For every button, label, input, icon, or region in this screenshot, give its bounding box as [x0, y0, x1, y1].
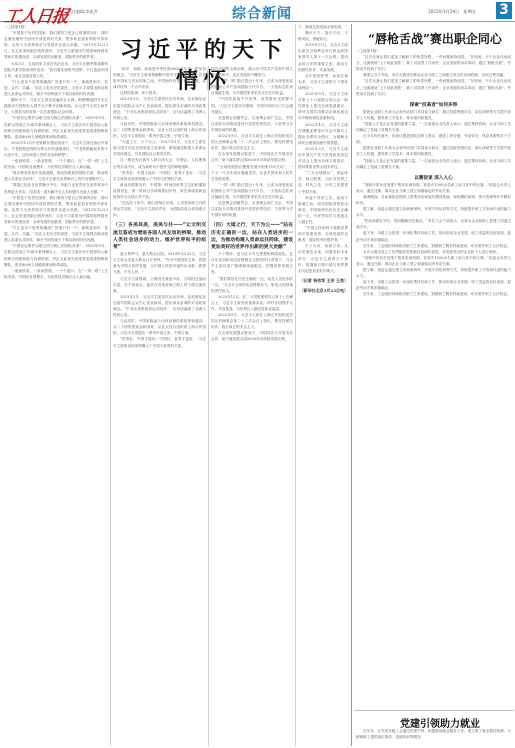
paragraph: 与此同时，中国积极参与全球治理体系改革和建设。从二十国集团到金砖国家，从亚太经合…: [113, 318, 206, 336]
issue-date: 2023年3月24日 星期五: [428, 9, 476, 15]
author-byline: （记者 杨依军 王宗 王昊）: [298, 278, 348, 284]
paragraph: “技能人才是企业发展的重要力量。”一位参赛企业负责人表示，通过集体协商，企业与职…: [356, 121, 511, 133]
paragraph: “我国已经处在世界舞台中央，有能力也有责任在世界事务中发挥更大作用，同各国一道为…: [4, 182, 108, 194]
paragraph: 据了解，组委会通过建立协商案例库、开展专项培训等方式，持续提升职工方协商代表的能…: [356, 206, 511, 218]
section-title: 综合新闻: [232, 3, 292, 23]
paragraph: 2021年9月，习近平主席在第七十六届联合国大会一般性辩论上提出全球发展倡议，呼…: [298, 91, 348, 121]
section-subheading: （三）各美其美，美美与共——“让文明交流互鉴成为增进各国人民友谊的桥梁、推动人类…: [113, 222, 206, 251]
paragraph: “全球发展倡议聚焦发展中国家共同关切”，一个又一个合作项目落地见效，让更多国家和…: [211, 164, 293, 182]
paragraph: 从进博会到服贸会，从消博会到广交会，中国以实际行动推动建设开放型世界经济，与世界…: [211, 115, 293, 133]
section-subheading: 探索“技高者”如何多得: [356, 102, 511, 109]
column-divider: [295, 24, 296, 746]
main-article-column-4: 下，落地扎根造福全球发展。” 胸怀天下，指引方向；不惧风浪，勇毅前行。 2019…: [298, 24, 348, 744]
paragraph: 风起于青萍之末，浪成于微澜之间。面对国际形势复杂演变，中国始终站在历史正确的一边…: [298, 195, 348, 225]
paragraph: “中国是个负责任国家，我们要努力把自己的事情办好，同时也要处理好中国同外部世界的…: [4, 195, 108, 225]
paragraph: “中国人民始终不渝做世界和平的建设者、全球发展的贡献者、国际秩序的维护者。”: [298, 225, 348, 243]
edition-info: 责任编辑/李连洪: [68, 9, 97, 15]
paragraph: 据悉企业职工代表大会和劳动部门共同参与研讨，通过技能等级评定、岗位津贴等方式提升…: [356, 109, 511, 121]
paragraph: 天下大同，协和万邦。从历史深处走来，向着美好未来前行，习近平主席的天下情怀，将继…: [298, 243, 348, 273]
paragraph: 新冠疫情暴发后，中国第一时间向世界卫生组织通报疫情信息，第一时间分享病毒基因序列…: [113, 182, 206, 200]
paragraph: 2021年12月中老铁路开通运营前夕，习近平主席在致信中指出，中老铁路是两国互利…: [4, 140, 108, 158]
paragraph: “回顾中的旨在加强于集体协商机制，首届中1500余名职工参与其中的比赛。”组委会…: [356, 182, 511, 194]
paragraph: 与此同时，中国积极参与全球治理体系改革和建设。从二十国集团到金砖国家，从亚太经合…: [113, 121, 206, 139]
paragraph: “一带一路”倡议提出十年来，已成为深受欢迎的国际公共产品和国际合作平台。一大批标…: [211, 78, 293, 96]
column-divider: [208, 66, 209, 746]
paragraph: “三大全球倡议”，彼此呼应、相互联系，为应对世界之变、时代之变、历史之变提供了中…: [298, 170, 348, 194]
masthead: 工人日报 责任编辑/李连洪 综合新闻 2023年3月24日 星期五 3: [0, 0, 515, 22]
paragraph: “把协商做在平时，把问题解决在基层。”多位工会干部表示，比赛为企业和职工搭建了沟…: [356, 218, 511, 230]
paragraph: 大年3月，当选国家主席后首次出访，习近平在俄罗斯莫斯科国际关系学院演讲时指出：“…: [4, 61, 108, 79]
main-article-column-1: （上接第1版） “中国是个负责任国家，我们要努力把自己的事情办好，同时也要处理好…: [4, 24, 108, 744]
section-subheading: （四）大道之行，天下为公——“站在历史正确的一边，站在人类进步的一边，为推动构建…: [211, 222, 293, 251]
paragraph: “一带一路”倡议提出十年来，已成为深受欢迎的国际公共产品和国际合作平台。一大批标…: [211, 182, 293, 200]
paragraph: 在全球发展倡议框架下，中国同各方开展务实合作，助力落实联合国2030年可持续发展…: [211, 151, 293, 163]
paragraph: 接下来，各级工会将进一步深化集体协商工作，推动形成企业发展、职工受益的良好局面，…: [356, 279, 511, 291]
paragraph: 据悉企业职工代表大会和劳动部门共同参与研讨，通过技能等级评定、岗位津贴等方式提升…: [356, 145, 511, 157]
paragraph: 据了解，组委会通过建立协商案例库、开展专项培训等方式，持续提升职工方协商代表的能…: [356, 267, 511, 279]
page-number-badge: 3: [496, 2, 512, 19]
paragraph: 近年来，工会组织持续推进职工之家建设，加强职工服务阵地建设，切实维护职工合法权益…: [356, 243, 511, 249]
paragraph: 2022年9月，习近平主席在上海合作组织成员国元首理事会第二十二次会议上指出，要…: [211, 133, 293, 151]
paragraph: “中国是个负责任国家，我们要努力把自己的事情办好，同时也要处理好中国同外部世界的…: [4, 30, 108, 60]
paragraph: “这次比赛让我们更加了解职工的所思所想，一些问题亟待改进。”在现场，不少企业代表…: [356, 54, 511, 72]
paragraph: 一座座桥梁、一条条铁路、一个个港口，在“一带一路”上生根发芽。中国同各国携手，为…: [4, 158, 108, 170]
paragraph: “这次比赛让我们更加了解职工的所思所想，一些问题亟待改进。”在现场，不少企业代表…: [356, 78, 511, 96]
paragraph: 2013年3月，习近平主席首次出访非洲，在坦桑尼亚尼雷尔国际会议中心发表演讲，提…: [113, 294, 206, 318]
paragraph: “在抗疫斗争中，我们深刻认识到，人类是休戚与共的命运共同体。”习近平主席的声音，…: [113, 200, 206, 218]
paragraph: 赛事期间，各参赛队伍围绕工资集体协商展开激烈角逐，现场模拟谈判、即兴答辩等环节精…: [356, 194, 511, 206]
paragraph: 2019年11月，习近平主席出席在巴西利亚举行的金砖国家领导人第十一次会晤，提出…: [298, 42, 348, 72]
paragraph: “中国坚定维护以联合国为核心的国际体系”，2015年9月，在联合国成立70周年系…: [4, 115, 108, 139]
paragraph: 在今年的比赛中，协商议题更加贴近职工需求，涵盖工资分配、劳动安全、休息休假等多个…: [356, 133, 511, 145]
paragraph: 2022年9月，习近平主席在上海合作组织成员国元首理事会第二十二次会议上指出，要…: [211, 312, 293, 330]
paragraph: “什么是各个世界的潮流？答案只有一个，那就是和平、发展、合作、共赢。”站在人类历…: [4, 79, 108, 97]
column-divider: [351, 24, 352, 746]
paragraph: 2013年3月，习近平主席首次出访非洲，在坦桑尼亚尼雷尔国际会议中心发表演讲，提…: [113, 96, 206, 120]
main-article-column-3: 时代中国的全新形象，展示出中国共产党和中国人民追求和平、追求发展的不懈努力。 “…: [211, 66, 293, 744]
paragraph: “回顾中的旨在加强于集体协商机制，首届中1500余名职工参与其中的比赛。”组委会…: [356, 255, 511, 267]
paragraph: 在全球发展倡议框架下，中国同各方开展务实合作，助力落实联合国2030年可持续发展…: [211, 330, 293, 342]
paragraph: 本次大赛还设立了优秀组织奖和最佳协商代表奖，对表现突出的企业和个人进行表彰。: [356, 249, 511, 255]
paragraph: “中国发展离不开世界，世界繁荣也需要中国。”习近平主席多次强调，中国开放的大门只…: [211, 96, 293, 114]
side-article-headline: “唇枪舌战”赛出职企同心: [360, 30, 510, 47]
section-subheading: 以赛促谈 深入人心: [356, 175, 511, 182]
paragraph: “我们要站在历史正确的一边，站在人类进步的一边。”习近平主席的话语铿锵有力，彰显…: [211, 276, 293, 294]
paragraph: 2022年4月，习近平主席在博鳌亚洲论坛年会开幕式上提出全球安全倡议，为破解全球…: [298, 122, 348, 146]
paragraph: 胸怀天下，指引方向；不惧风浪，勇毅前行。: [298, 30, 348, 42]
paragraph: “我们要坚持和平发展道路，推动构建新型国际关系，推动构建人类命运共同体”，习近平…: [4, 170, 108, 182]
paragraph: 接下来，各级工会将进一步深化集体协商工作，推动形成企业发展、职工受益的良好局面，…: [356, 230, 511, 242]
paragraph: “世界好，中国才能好；中国好，世界才更好。”习近平主席的话语深刻揭示了中国与世界…: [113, 170, 206, 182]
bottom-article-body: 近年来，江苏省各级工会通过党建引领，积极推动就业服务工作，建立职工就业帮扶机制，…: [356, 728, 511, 748]
paragraph: 近年来，江苏省各级工会通过党建引领，积极推动就业服务工作，建立职工就业帮扶机制，…: [356, 728, 511, 740]
section-divider: [354, 710, 514, 711]
paragraph: 2022年11月，在二十国集团领导人第十七次峰会上，习近平主席发表重要讲话，呼吁…: [211, 294, 293, 312]
source-dateline: （新华社北京3月23日电）: [298, 288, 348, 294]
paragraph: “和平、和睦、和谐是中华民族5000多年来一贯坚持的理念。”习近平主席深刻阐释中…: [113, 66, 206, 90]
paragraph: “什么是各个世界的潮流？答案只有一个，那就是和平、发展、合作、共赢。”站在人类历…: [4, 225, 108, 243]
paragraph: “世界好，中国才能好；中国好，世界才更好。”习近平主席的话语深刻揭示了中国与世界…: [113, 336, 206, 348]
paragraph: “大道之行，天下为公。”2017年1月，习近平主席在联合国日内瓦总部发表主旨演讲…: [113, 139, 206, 157]
side-article-body: （上接第1版） “这次比赛让我们更加了解职工的所思所想，一些问题亟待改进。”在现…: [356, 48, 511, 710]
paragraph: “中国坚定维护以联合国为核心的国际体系”，2015年9月，在联合国成立70周年系…: [4, 243, 108, 267]
paragraph: 近年来，工会组织持续推进职工之家建设，加强职工服务阵地建设，切实维护职工合法权益…: [356, 291, 511, 297]
paragraph: 一座座桥梁、一条条铁路、一个个港口，在“一带一路”上生根发芽。中国同各国携手，为…: [4, 268, 108, 280]
paragraph: 这一理念先后被写入联合国大会、安理会、人权理事会等多项决议，成为新时代中国外交的…: [113, 157, 206, 169]
paragraph: 从中国到世界，从现在到未来，习近平主席的天下情怀始终如一。: [298, 73, 348, 91]
main-article-column-2: “和平、和睦、和谐是中华民族5000多年来一贯坚持的理念。”习近平主席深刻阐释中…: [113, 66, 206, 744]
paragraph: 2023年3月，习近平主席在中国共产党与世界政党高层对话会上提出全球文明倡议，倡…: [298, 146, 348, 170]
paragraph: “技能人才是企业发展的重要力量。”一位参赛企业负责人表示，通过集体协商，企业与职…: [356, 158, 511, 170]
paragraph: 胸怀天下，习近平主席足迹遍布五大洲，纵横捭阖的外交实践推动中国特色大国外交不断开…: [4, 97, 108, 115]
paragraph: 意大利罗马，意大利众议院。2019年3月22日，习近平主席会见意大利众议长菲科。…: [113, 251, 206, 275]
paragraph: 时代中国的全新形象，展示出中国共产党和中国人民追求和平、追求发展的不懈努力。: [211, 66, 293, 78]
paragraph: 天下情怀，是习近平外交思想的鲜明底色。在百年变局和世纪疫情相互交织的时代背景下，…: [211, 251, 293, 275]
paragraph: 从进博会到服贸会，从消博会到广交会，中国以实际行动推动建设开放型世界经济，与世界…: [211, 200, 293, 218]
paragraph: 习近平主席强调，文明因交流而多彩，文明因互鉴而丰富。在不同场合，他多次讲述丝绸之…: [113, 276, 206, 294]
column-divider: [110, 66, 111, 746]
